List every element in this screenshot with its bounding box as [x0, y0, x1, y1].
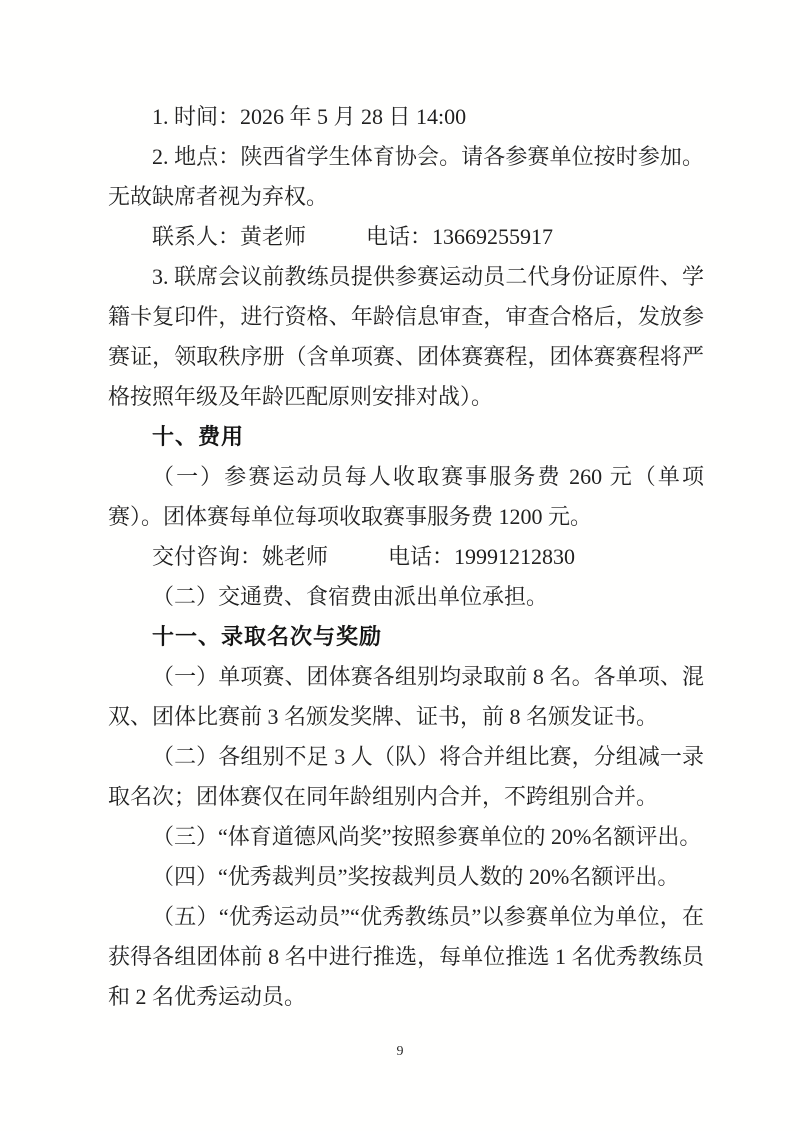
phone-label: 电话： — [366, 224, 432, 249]
contact-label: 联系人： — [152, 224, 240, 249]
section-heading: 十一、录取名次与奖励 — [108, 617, 704, 657]
paragraph: （一）参赛运动员每人收取赛事服务费 260 元（单项赛）。团体赛每单位每项收取赛… — [108, 457, 704, 537]
phone-number: 19991212830 — [454, 544, 575, 569]
contact-name: 姚老师 — [262, 544, 328, 569]
page-number: 9 — [0, 1042, 800, 1062]
document-body: 1. 时间：2026 年 5 月 28 日 14:002. 地点：陕西省学生体育… — [108, 97, 704, 1017]
scanned-document-page: 1. 时间：2026 年 5 月 28 日 14:002. 地点：陕西省学生体育… — [0, 0, 800, 1131]
paragraph: 2. 地点：陕西省学生体育协会。请各参赛单位按时参加。无故缺席者视为弃权。 — [108, 137, 704, 217]
section-heading: 十、费用 — [108, 417, 704, 457]
contact-label: 交付咨询： — [152, 544, 262, 569]
contact-name: 黄老师 — [240, 224, 306, 249]
paragraph: 3. 联席会议前教练员提供参赛运动员二代身份证原件、学籍卡复印件，进行资格、年龄… — [108, 257, 704, 417]
phone-label: 电话： — [388, 544, 454, 569]
paragraph: （二）交通费、食宿费由派出单位承担。 — [108, 577, 704, 617]
paragraph: 1. 时间：2026 年 5 月 28 日 14:00 — [108, 97, 704, 137]
paragraph: （四）“优秀裁判员”奖按裁判员人数的 20%名额评出。 — [108, 857, 704, 897]
contact-line: 联系人：黄老师电话：13669255917 — [108, 217, 704, 257]
paragraph: （一）单项赛、团体赛各组别均录取前 8 名。各单项、混双、团体比赛前 3 名颁发… — [108, 657, 704, 737]
paragraph: （五）“优秀运动员”“优秀教练员”以参赛单位为单位，在获得各组团体前 8 名中进… — [108, 897, 704, 1017]
paragraph: （二）各组别不足 3 人（队）将合并组比赛，分组减一录取名次；团体赛仅在同年龄组… — [108, 737, 704, 817]
paragraph: （三）“体育道德风尚奖”按照参赛单位的 20%名额评出。 — [108, 817, 704, 857]
contact-line: 交付咨询：姚老师电话：19991212830 — [108, 537, 704, 577]
phone-number: 13669255917 — [432, 224, 553, 249]
